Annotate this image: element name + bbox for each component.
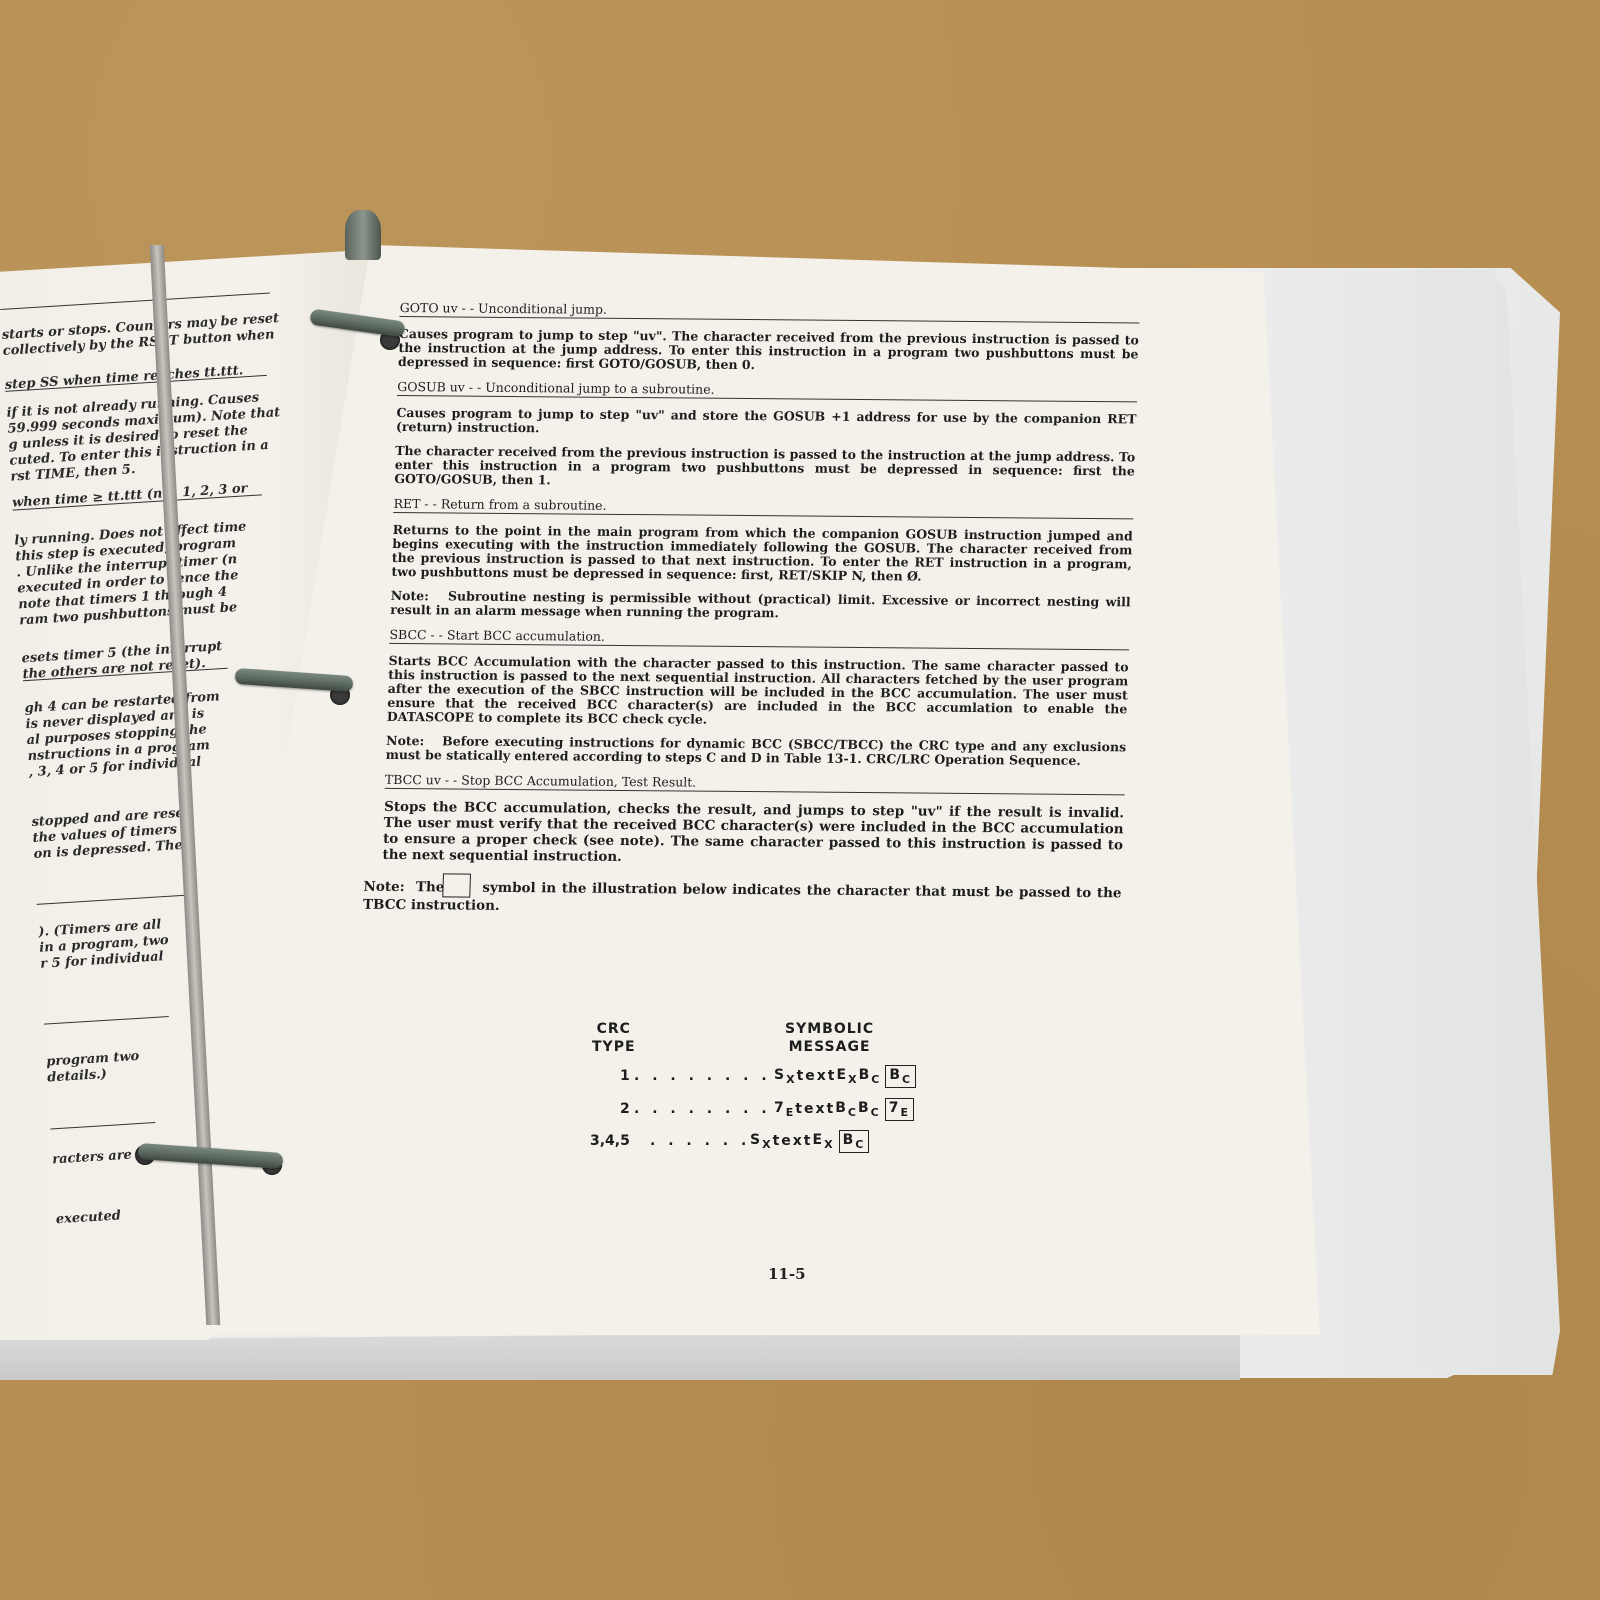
section-heading: SBCC - - Start BCC accumulation. — [389, 627, 1130, 650]
note-text: Before executing instructions for dynami… — [385, 733, 1126, 768]
boxed-symbol-icon — [442, 873, 471, 897]
binder-ring-top-icon — [345, 210, 381, 260]
crc-type-value: 1 — [620, 1068, 634, 1084]
leader-dots: . . . . . . . . . . — [634, 1068, 774, 1084]
note-label: Note: — [386, 733, 425, 748]
section-paragraph: Starts BCC Accumulation with the charact… — [387, 654, 1129, 730]
symbolic-message: SX text EXBCBC — [774, 1065, 916, 1088]
crc-row: 3,4,5. . . . . . .SX text EXBC — [590, 1130, 869, 1153]
note-text-before: The — [416, 879, 445, 895]
section-heading: GOSUB uv - - Unconditional jump to a sub… — [397, 379, 1138, 402]
section-paragraph: The character received from the previous… — [394, 444, 1135, 492]
section-tbcc: TBCC uv - - Stop BCC Accumulation, Test … — [381, 772, 1125, 919]
section-gosub: GOSUB uv - - Unconditional jump to a sub… — [394, 379, 1137, 492]
symbolic-message-header: SYMBOLIC MESSAGE — [785, 1020, 874, 1056]
boxed-character: BC — [885, 1065, 916, 1088]
section-heading: RET - - Return from a subroutine. — [393, 496, 1134, 519]
note-text: Subroutine nesting is permissible withou… — [390, 588, 1131, 620]
boxed-character: 7E — [885, 1098, 914, 1121]
crc-row: 1. . . . . . . . . .SX text EXBCBC — [620, 1065, 916, 1088]
symbolic-message: SX text EXBC — [750, 1130, 869, 1153]
header-line: MESSAGE — [785, 1038, 874, 1056]
crc-type-header: CRC TYPE — [592, 1020, 636, 1056]
page-number: 11-5 — [768, 1265, 806, 1283]
header-line: TYPE — [592, 1038, 636, 1056]
section-paragraph: Causes program to jump to step "uv" and … — [396, 406, 1137, 440]
section-paragraph: Causes program to jump to step "uv". The… — [398, 327, 1139, 375]
section-note: Note: Before executing instructions for … — [385, 734, 1126, 768]
note-label: Note: — [363, 879, 405, 895]
section-note: Note: Thesymbol in the illustration belo… — [363, 873, 1122, 920]
header-line: SYMBOLIC — [785, 1020, 874, 1038]
leader-dots: . . . . . . . — [650, 1133, 750, 1149]
note-label: Note: — [390, 588, 429, 603]
boxed-character: BC — [839, 1130, 870, 1153]
section-heading: TBCC uv - - Stop BCC Accumulation, Test … — [385, 772, 1126, 795]
section-paragraph: Stops the BCC accumulation, checks the r… — [382, 799, 1124, 869]
left-page-line: details.) — [47, 1066, 108, 1087]
symbolic-message: 7E text BCBC7E — [774, 1098, 914, 1121]
header-line: CRC — [592, 1020, 636, 1038]
page-content: GOTO uv - - Unconditional jump. Causes p… — [380, 300, 1140, 929]
section-paragraph: Returns to the point in the main program… — [391, 523, 1133, 585]
section-goto: GOTO uv - - Unconditional jump. Causes p… — [398, 300, 1140, 375]
note-text-after: symbol in the illustration below indicat… — [363, 880, 1122, 914]
section-note: Note: Subroutine nesting is permissible … — [390, 589, 1131, 623]
crc-type-value: 2 — [620, 1101, 634, 1117]
crc-type-value: 3,4,5 — [590, 1133, 650, 1149]
section-sbcc: SBCC - - Start BCC accumulation. Starts … — [385, 627, 1129, 768]
leader-dots: . . . . . . . . . . — [634, 1101, 774, 1117]
crc-row: 2. . . . . . . . . .7E text BCBC7E — [620, 1098, 914, 1121]
section-ret: RET - - Return from a subroutine. Return… — [390, 496, 1134, 623]
